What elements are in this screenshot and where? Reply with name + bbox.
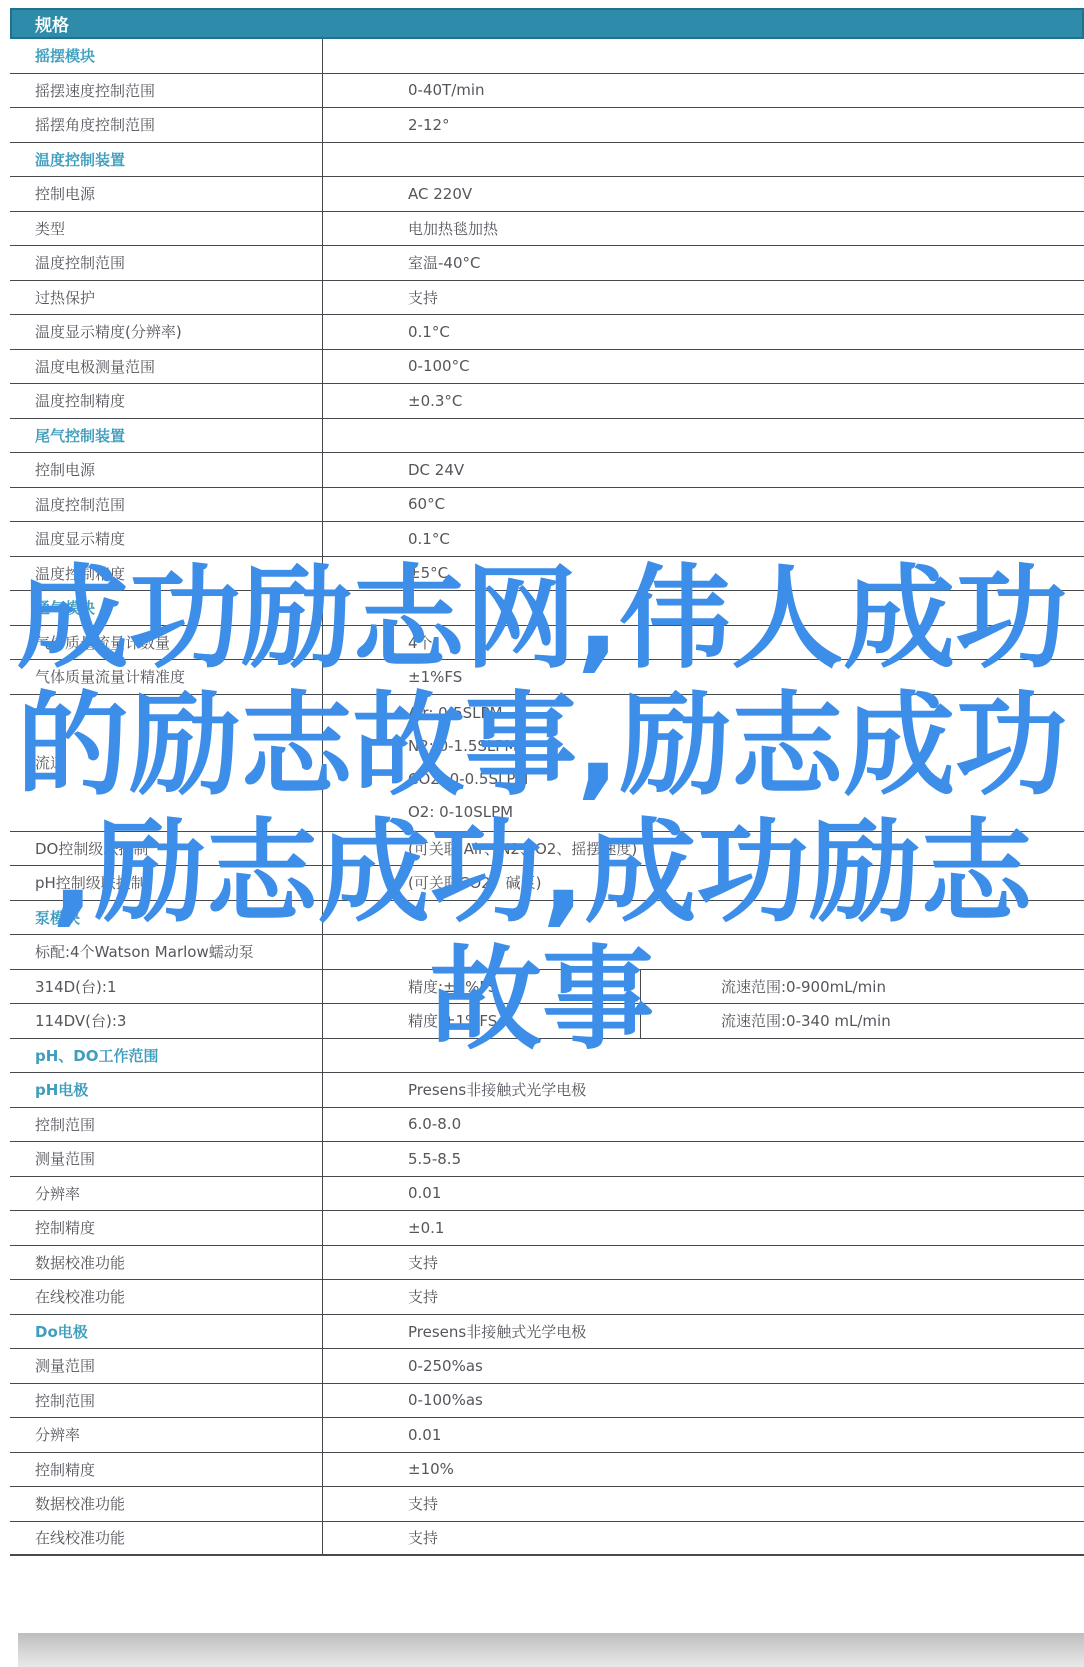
table-row: Do电极Presens非接触式光学电极 [10, 1315, 1084, 1350]
row-value: Presens非接触式光学电极 [322, 1315, 1084, 1349]
row-label: 摇摆速度控制范围 [10, 74, 322, 108]
table-row: 流速Air: 0-5SLPMN2: 0-1.5SLPMCO2: 0-0.5SLP… [10, 695, 1084, 832]
row-label: 气体质量流量计数量 [10, 626, 322, 660]
table-row: 分辨率0.01 [10, 1177, 1084, 1212]
table-row: 温度显示精度(分辨率)0.1°C [10, 315, 1084, 350]
section-label: 泵模块 [10, 901, 322, 935]
row-label: 314D(台):1 [10, 970, 322, 1004]
row-value: 支持 [322, 1522, 1084, 1555]
row-value-line: O2: 0-10SLPM [408, 796, 513, 829]
row-value: ±0.3°C [322, 384, 1084, 418]
section-row: 温度控制装置 [10, 143, 1084, 178]
table-row: 控制电源DC 24V [10, 453, 1084, 488]
row-label: 分辨率 [10, 1418, 322, 1452]
row-label: 摇摆角度控制范围 [10, 108, 322, 142]
row-label: 测量范围 [10, 1349, 322, 1383]
table-row: 气体质量流量计精准度±1%FS [10, 660, 1084, 695]
row-value: 电加热毯加热 [322, 212, 1084, 246]
row-value [322, 935, 1084, 969]
table-row: 测量范围0-250%as [10, 1349, 1084, 1384]
row-label: 控制精度 [10, 1211, 322, 1245]
row-label: 分辨率 [10, 1177, 322, 1211]
row-label: 流速 [10, 695, 322, 831]
table-row: 温度控制精度±5°C [10, 557, 1084, 592]
table-row: 在线校准功能支持 [10, 1280, 1084, 1315]
row-value-line: N2: 0-1.5SLPM [408, 730, 517, 763]
row-value: ±5°C [322, 557, 1084, 591]
row-label: pH电极 [10, 1073, 322, 1107]
row-label: 在线校准功能 [10, 1280, 322, 1314]
row-value: 2-12° [322, 108, 1084, 142]
row-label: Do电极 [10, 1315, 322, 1349]
row-label: 温度显示精度(分辨率) [10, 315, 322, 349]
section-label: 温度控制装置 [10, 143, 322, 177]
row-value: 6.0-8.0 [322, 1108, 1084, 1142]
section-row: 通气模块 [10, 591, 1084, 626]
section-label: 摇摆模块 [10, 39, 322, 73]
row-label: 控制电源 [10, 453, 322, 487]
table-row: 类型电加热毯加热 [10, 212, 1084, 247]
row-value: 60°C [322, 488, 1084, 522]
section-label: pH、DO工作范围 [10, 1039, 322, 1073]
table-body: 摇摆模块摇摆速度控制范围0-40T/min摇摆角度控制范围2-12°温度控制装置… [10, 39, 1084, 1556]
row-label: 控制范围 [10, 1108, 322, 1142]
table-row: 温度电极测量范围0-100°C [10, 350, 1084, 385]
row-value [322, 419, 1084, 453]
row-label: 数据校准功能 [10, 1487, 322, 1521]
table-row: 温度控制范围60°C [10, 488, 1084, 523]
section-label: 通气模块 [10, 591, 322, 625]
table-title: 规格 [35, 11, 69, 36]
row-label: 标配:4个Watson Marlow蠕动泵 [10, 935, 322, 969]
table-row: DO控制级联控制(可关联 Air、N2、O2、摇摆速度) [10, 832, 1084, 867]
row-value: DC 24V [322, 453, 1084, 487]
row-value: 支持 [322, 281, 1084, 315]
row-value-flow-range: 流速范围:0-900mL/min [640, 970, 1084, 1004]
row-value: 0.01 [322, 1177, 1084, 1211]
row-label: 测量范围 [10, 1142, 322, 1176]
row-label: DO控制级联控制 [10, 832, 322, 866]
row-value: 0-250%as [322, 1349, 1084, 1383]
row-value: 0-40T/min [322, 74, 1084, 108]
row-value [322, 143, 1084, 177]
table-row: 温度显示精度0.1°C [10, 522, 1084, 557]
row-value: (可关联CO2、碱泵) [322, 866, 1084, 900]
table-row: 控制电源AC 220V [10, 177, 1084, 212]
row-value: AC 220V [322, 177, 1084, 211]
table-row: 摇摆速度控制范围0-40T/min [10, 74, 1084, 109]
table-row: 温度控制精度±0.3°C [10, 384, 1084, 419]
row-label: 数据校准功能 [10, 1246, 322, 1280]
table-row: 数据校准功能支持 [10, 1487, 1084, 1522]
table-row: 控制精度±0.1 [10, 1211, 1084, 1246]
row-value: 4个 [322, 626, 1084, 660]
section-row: pH、DO工作范围 [10, 1039, 1084, 1074]
row-value-line: CO2: 0-0.5SLPM [408, 763, 528, 796]
row-value: 支持 [322, 1487, 1084, 1521]
row-value-line: Air: 0-5SLPM [408, 697, 503, 730]
footer-band [18, 1633, 1084, 1667]
row-label: 类型 [10, 212, 322, 246]
row-label: 温度控制精度 [10, 384, 322, 418]
row-value: 支持 [322, 1246, 1084, 1280]
row-value: Presens非接触式光学电极 [322, 1073, 1084, 1107]
row-label: 控制范围 [10, 1384, 322, 1418]
row-label: 过热保护 [10, 281, 322, 315]
row-label: 在线校准功能 [10, 1522, 322, 1555]
row-value-precision: 精度:±1%FS [322, 970, 640, 1004]
table-row: 测量范围5.5-8.5 [10, 1142, 1084, 1177]
section-row: 摇摆模块 [10, 39, 1084, 74]
section-row: 尾气控制装置 [10, 419, 1084, 454]
row-label: 控制电源 [10, 177, 322, 211]
row-value: 室温-40°C [322, 246, 1084, 280]
row-value-flow-range: 流速范围:0-340 mL/min [640, 1004, 1084, 1038]
row-label: 气体质量流量计精准度 [10, 660, 322, 694]
row-value [322, 1039, 1084, 1073]
row-value: (可关联 Air、N2、O2、摇摆速度) [322, 832, 1084, 866]
row-value-precision: 精度:±1%FS [322, 1004, 640, 1038]
table-row: 温度控制范围室温-40°C [10, 246, 1084, 281]
row-value [322, 39, 1084, 73]
row-value [322, 901, 1084, 935]
row-label: 温度显示精度 [10, 522, 322, 556]
row-value: 5.5-8.5 [322, 1142, 1084, 1176]
row-label: 控制精度 [10, 1453, 322, 1487]
row-value: 0-100°C [322, 350, 1084, 384]
table-row: 控制范围6.0-8.0 [10, 1108, 1084, 1143]
row-value: ±1%FS [322, 660, 1084, 694]
row-value: 0-100%as [322, 1384, 1084, 1418]
row-value: Air: 0-5SLPMN2: 0-1.5SLPMCO2: 0-0.5SLPMO… [322, 695, 1084, 831]
row-value: 0.1°C [322, 522, 1084, 556]
table-row: 在线校准功能支持 [10, 1522, 1084, 1557]
row-value: 0.1°C [322, 315, 1084, 349]
table-row: 气体质量流量计数量4个 [10, 626, 1084, 661]
table-row: 114DV(台):3精度:±1%FS流速范围:0-340 mL/min [10, 1004, 1084, 1039]
row-label: 温度控制范围 [10, 246, 322, 280]
spec-table: 规格 摇摆模块摇摆速度控制范围0-40T/min摇摆角度控制范围2-12°温度控… [10, 8, 1084, 1556]
table-row: 控制范围0-100%as [10, 1384, 1084, 1419]
row-value: ±0.1 [322, 1211, 1084, 1245]
table-row: 数据校准功能支持 [10, 1246, 1084, 1281]
row-value: 0.01 [322, 1418, 1084, 1452]
section-label: 尾气控制装置 [10, 419, 322, 453]
table-row: pH控制级联控制(可关联CO2、碱泵) [10, 866, 1084, 901]
table-row: pH电极Presens非接触式光学电极 [10, 1073, 1084, 1108]
row-label: pH控制级联控制 [10, 866, 322, 900]
table-row: 分辨率0.01 [10, 1418, 1084, 1453]
table-row: 控制精度±10% [10, 1453, 1084, 1488]
row-label: 温度控制精度 [10, 557, 322, 591]
table-row: 314D(台):1精度:±1%FS流速范围:0-900mL/min [10, 970, 1084, 1005]
row-value: 支持 [322, 1280, 1084, 1314]
table-row: 摇摆角度控制范围2-12° [10, 108, 1084, 143]
row-value [322, 591, 1084, 625]
row-value: ±10% [322, 1453, 1084, 1487]
row-label: 温度电极测量范围 [10, 350, 322, 384]
table-row: 过热保护支持 [10, 281, 1084, 316]
row-label: 温度控制范围 [10, 488, 322, 522]
table-header-bar: 规格 [10, 8, 1084, 39]
section-row: 泵模块 [10, 901, 1084, 936]
table-row: 标配:4个Watson Marlow蠕动泵 [10, 935, 1084, 970]
row-label: 114DV(台):3 [10, 1004, 322, 1038]
